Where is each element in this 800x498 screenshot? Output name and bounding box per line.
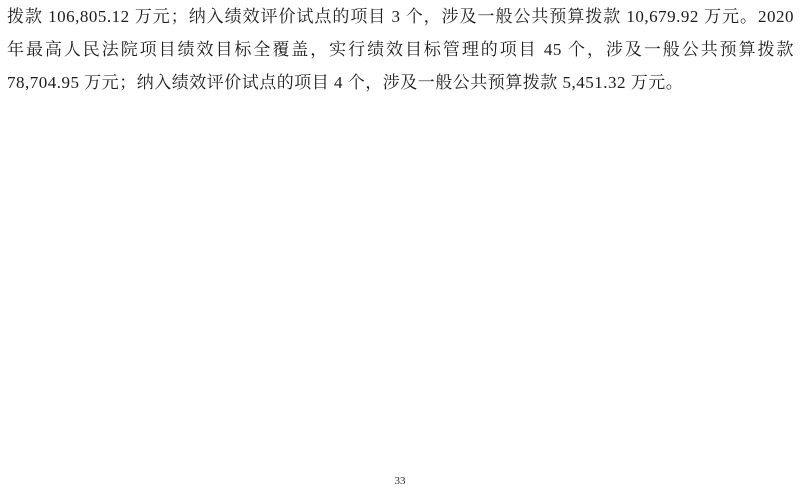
document-page: 拨款 106,805.12 万元；纳入绩效评价试点的项目 3 个，涉及一般公共预…	[0, 0, 800, 498]
paragraph-line-1: 拨款 106,805.12 万元；纳入绩效评价试点的项目 3 个，涉及一般公共预…	[7, 0, 794, 33]
body-paragraph: 拨款 106,805.12 万元；纳入绩效评价试点的项目 3 个，涉及一般公共预…	[7, 0, 794, 99]
paragraph-line-3: 78,704.95 万元；纳入绩效评价试点的项目 4 个，涉及一般公共预算拨款 …	[7, 66, 794, 99]
page-number: 33	[0, 475, 800, 487]
paragraph-line-2: 年最高人民法院项目绩效目标全覆盖，实行绩效目标管理的项目 45 个，涉及一般公共…	[7, 33, 794, 66]
